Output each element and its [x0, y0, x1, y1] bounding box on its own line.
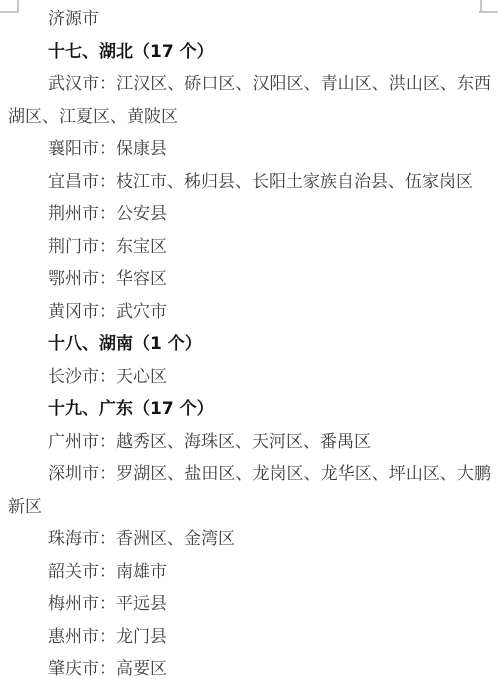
paragraph-jiyuan-city: 济源市 — [8, 3, 491, 36]
paragraph-huizhou: 惠州市：龙门县 — [8, 621, 491, 654]
paragraph-xiangyang: 襄阳市：保康县 — [8, 133, 491, 166]
section-heading-guangdong: 十九、广东（17 个） — [8, 393, 491, 426]
paragraph-changsha: 长沙市：天心区 — [8, 361, 491, 394]
paragraph-jingmen: 荆门市：东宝区 — [8, 231, 491, 264]
paragraph-wuhan-districts: 武汉市：江汉区、硚口区、汉阳区、青山区、洪山区、东西湖区、江夏区、黄陂区 — [8, 68, 491, 133]
paragraph-zhuhai: 珠海市：香洲区、金湾区 — [8, 523, 491, 556]
paragraph-jingzhou: 荆州市：公安县 — [8, 198, 491, 231]
paragraph-ezhou: 鄂州市：华容区 — [8, 263, 491, 296]
section-heading-hubei: 十七、湖北（17 个） — [8, 36, 491, 69]
paragraph-meizhou: 梅州市：平远县 — [8, 588, 491, 621]
paragraph-yichang: 宜昌市：枝江市、秭归县、长阳土家族自治县、伍家岗区 — [8, 166, 491, 199]
paragraph-guangzhou: 广州市：越秀区、海珠区、天河区、番禺区 — [8, 426, 491, 459]
paragraph-shenzhen: 深圳市：罗湖区、盐田区、龙岗区、龙华区、坪山区、大鹏新区 — [8, 458, 491, 523]
paragraph-shaoguan: 韶关市：南雄市 — [8, 556, 491, 589]
paragraph-zhaoqing: 肇庆市：高要区 — [8, 653, 491, 679]
paragraph-huanggang: 黄冈市：武穴市 — [8, 296, 491, 329]
document-page: 济源市 十七、湖北（17 个） 武汉市：江汉区、硚口区、汉阳区、青山区、洪山区、… — [0, 0, 498, 679]
document-content: 济源市 十七、湖北（17 个） 武汉市：江汉区、硚口区、汉阳区、青山区、洪山区、… — [8, 3, 491, 679]
section-heading-hunan: 十八、湖南（1 个） — [8, 328, 491, 361]
